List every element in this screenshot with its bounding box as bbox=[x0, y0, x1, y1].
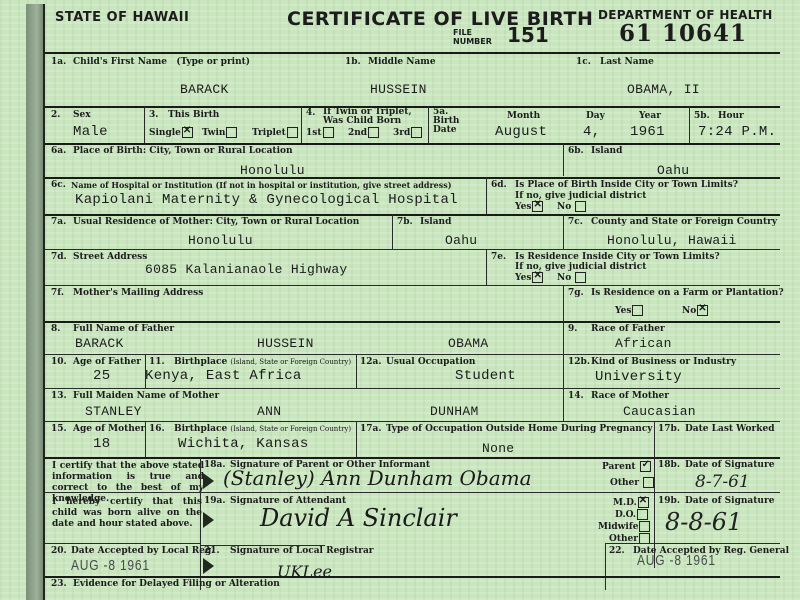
father-middle-name: HUSSEIN bbox=[257, 336, 314, 351]
field-number: 15. bbox=[51, 424, 67, 434]
divider bbox=[45, 457, 780, 459]
field-number: 7a. bbox=[51, 217, 66, 227]
local-reg-date-stamp: AUG -8 1961 bbox=[71, 557, 150, 574]
twin-order-label: If Twin or Triplet, Was Child Born bbox=[323, 108, 428, 126]
mother-race-label: Race of Mother bbox=[591, 391, 669, 401]
document-binding bbox=[26, 4, 44, 600]
divider bbox=[45, 492, 780, 493]
local-reg-date-label: Date Accepted by Local Reg. bbox=[71, 546, 214, 556]
attendant-md-checkbox[interactable]: M.D. bbox=[613, 497, 649, 508]
first-name-label: Child's First Name (Type or print) bbox=[73, 57, 250, 67]
divider bbox=[563, 354, 564, 388]
divider bbox=[654, 421, 655, 457]
father-age-label: Age of Father bbox=[73, 357, 141, 367]
mother-birthplace: Wichita, Kansas bbox=[178, 436, 309, 452]
attendant-certification: I hereby certify that this child was bor… bbox=[52, 497, 202, 530]
father-occupation: Student bbox=[455, 368, 516, 384]
field-number: 6d. bbox=[491, 180, 507, 190]
divider bbox=[563, 214, 564, 249]
divider bbox=[392, 214, 393, 249]
hospital-label: Name of Hospital or Institution (If not … bbox=[71, 180, 452, 190]
local-registrar-label: Signature of Local Registrar bbox=[230, 546, 374, 556]
month-label: Month bbox=[507, 111, 540, 121]
field-number: 7c. bbox=[568, 217, 583, 227]
mother-birthplace-label: Birthplace (Island, State or Foreign Cou… bbox=[174, 424, 351, 434]
field-number: 1b. bbox=[345, 57, 361, 67]
field-number: 7g. bbox=[568, 288, 584, 298]
father-first-name: BARACK bbox=[75, 336, 124, 351]
divider bbox=[356, 421, 357, 457]
divider bbox=[45, 321, 780, 323]
single-checkbox[interactable]: Single bbox=[149, 127, 193, 138]
residence-city-label: Usual Residence of Mother: City, Town or… bbox=[73, 217, 359, 227]
divider bbox=[301, 106, 302, 143]
field-number: 17b. bbox=[658, 424, 680, 434]
local-registrar-signature[interactable]: UKLee bbox=[277, 562, 332, 581]
farm-yes[interactable]: Yes bbox=[615, 305, 643, 316]
field-number: 12a. bbox=[360, 357, 382, 367]
field-number: 17a. bbox=[360, 424, 382, 434]
birth-certificate: STATE OF HAWAII CERTIFICATE OF LIVE BIRT… bbox=[45, 0, 780, 600]
field-number: 4. bbox=[306, 108, 315, 118]
mother-age-label: Age of Mother bbox=[73, 424, 145, 434]
sex-label: Sex bbox=[73, 110, 91, 120]
field-number: 19a. bbox=[204, 496, 226, 506]
street-label: Street Address bbox=[73, 252, 147, 262]
field-number: 22. bbox=[609, 546, 625, 556]
field-number: 14. bbox=[568, 391, 584, 401]
hour-label: Hour bbox=[718, 111, 744, 121]
divider bbox=[45, 421, 780, 422]
informant-parent-checkbox[interactable]: Parent bbox=[602, 461, 651, 472]
sign-here-arrow-icon bbox=[203, 512, 214, 528]
divider bbox=[45, 388, 780, 389]
sign-here-arrow-icon bbox=[203, 558, 214, 574]
field-number: 1a. bbox=[51, 57, 66, 67]
mailing-address-label: Mother's Mailing Address bbox=[73, 288, 203, 298]
residence-city: Honolulu bbox=[188, 233, 253, 248]
street-address: 6085 Kalanianaole Highway bbox=[145, 262, 348, 277]
field-number: 3. bbox=[149, 110, 158, 120]
informant-date-label: Date of Signature bbox=[685, 460, 774, 470]
certificate-number: 61 10641 bbox=[619, 20, 747, 47]
last-worked-label: Date Last Worked bbox=[685, 424, 775, 434]
residence-inside-city-yes[interactable]: Yes bbox=[515, 272, 543, 283]
attendant-signature[interactable]: David A Sinclair bbox=[260, 504, 457, 532]
birth-city: Honolulu bbox=[240, 163, 305, 178]
field-number: 11. bbox=[149, 357, 165, 367]
residence-inside-city-no[interactable]: No bbox=[557, 272, 586, 283]
divider bbox=[689, 106, 690, 143]
day-label: Day bbox=[586, 111, 605, 121]
divider bbox=[45, 543, 200, 544]
divider bbox=[563, 143, 564, 176]
third-born-checkbox[interactable]: 3rd bbox=[393, 127, 422, 138]
mother-last-name: DUNHAM bbox=[430, 404, 479, 419]
father-birthplace: Kenya, East Africa bbox=[145, 368, 302, 384]
father-occupation-label: Usual Occupation bbox=[386, 357, 475, 367]
attendant-date-label: Date of Signature bbox=[685, 496, 774, 506]
field-number: 7f. bbox=[51, 288, 64, 298]
field-number: 6b. bbox=[568, 146, 584, 156]
father-age: 25 bbox=[93, 368, 110, 384]
field-number: 2. bbox=[51, 110, 60, 120]
twin-checkbox[interactable]: Twin bbox=[202, 127, 237, 138]
divider bbox=[45, 576, 780, 578]
county-state: Honolulu, Hawaii bbox=[607, 233, 737, 248]
mother-first-name: STANLEY bbox=[85, 404, 142, 419]
field-number: 20. bbox=[51, 546, 67, 556]
birth-city-label: Place of Birth: City, Town or Rural Loca… bbox=[73, 146, 293, 156]
county-state-label: County and State or Foreign Country bbox=[591, 217, 777, 227]
informant-signature[interactable]: (Stanley) Ann Dunham Obama bbox=[223, 466, 532, 490]
child-middle-name: HUSSEIN bbox=[370, 82, 427, 97]
birth-hour: 7:24 P.M. bbox=[698, 124, 776, 140]
informant-date: 8-7-61 bbox=[695, 472, 750, 492]
state-heading: STATE OF HAWAII bbox=[55, 10, 189, 25]
field-number: 10. bbox=[51, 357, 67, 367]
father-industry-label: Kind of Business or Industry bbox=[591, 357, 736, 367]
father-name-label: Full Name of Father bbox=[73, 324, 174, 334]
father-race: African bbox=[615, 336, 672, 351]
field-number: 7e. bbox=[491, 252, 506, 262]
child-first-name: BARACK bbox=[180, 82, 229, 97]
divider bbox=[144, 106, 145, 143]
sign-here-arrow-icon bbox=[203, 473, 214, 489]
year-label: Year bbox=[639, 111, 661, 121]
attendant-date: 8-8-61 bbox=[665, 508, 742, 536]
mother-name-label: Full Maiden Name of Mother bbox=[73, 391, 219, 401]
field-number: 8. bbox=[51, 324, 60, 334]
birth-inside-city-no[interactable]: No bbox=[557, 201, 586, 212]
file-number-label: FILENUMBER bbox=[453, 28, 492, 46]
field-number: 16. bbox=[149, 424, 165, 434]
field-number: 23. bbox=[51, 579, 67, 589]
last-name-label: Last Name bbox=[600, 57, 654, 67]
birth-island-label: Island bbox=[591, 146, 622, 156]
field-number: 7b. bbox=[397, 217, 413, 227]
farm-label: Is Residence on a Farm or Plantation? bbox=[591, 288, 784, 298]
father-birthplace-label: Birthplace (Island, State or Foreign Cou… bbox=[174, 357, 351, 367]
field-number: 6a. bbox=[51, 146, 66, 156]
attendant-do-checkbox[interactable]: D.O. bbox=[615, 509, 648, 520]
middle-name-label: Middle Name bbox=[368, 57, 436, 67]
field-number: 6c. bbox=[51, 180, 66, 190]
field-number: 5b. bbox=[694, 111, 710, 121]
attendant-midwife-checkbox[interactable]: Midwife bbox=[598, 521, 650, 532]
divider bbox=[45, 285, 780, 286]
residence-island-label: Island bbox=[420, 217, 451, 227]
birth-month: August bbox=[495, 124, 547, 140]
divider bbox=[428, 106, 429, 143]
field-number: 19b. bbox=[658, 496, 680, 506]
residence-island: Oahu bbox=[445, 233, 477, 248]
divider bbox=[605, 543, 780, 544]
mother-race: Caucasian bbox=[623, 404, 696, 419]
informant-other-checkbox[interactable]: Other bbox=[610, 477, 654, 488]
birth-year: 1961 bbox=[630, 124, 665, 140]
divider bbox=[145, 421, 146, 457]
divider bbox=[563, 388, 564, 421]
sex-value: Male bbox=[73, 124, 108, 140]
hospital-name: Kapiolani Maternity & Gynecological Hosp… bbox=[75, 192, 458, 208]
divider bbox=[45, 214, 780, 216]
birth-day: 4, bbox=[583, 124, 600, 140]
divider bbox=[486, 249, 487, 285]
divider bbox=[356, 354, 357, 388]
farm-no[interactable]: No bbox=[682, 305, 708, 316]
mother-age: 18 bbox=[93, 436, 110, 452]
field-number: 1c. bbox=[576, 57, 591, 67]
birth-date-label: 5a.BirthDate bbox=[433, 108, 459, 135]
divider bbox=[45, 354, 780, 355]
field-number: 7d. bbox=[51, 252, 67, 262]
residence-inside-city-label: Is Residence Inside City or Town Limits? bbox=[515, 252, 720, 262]
second-born-checkbox[interactable]: 2nd bbox=[348, 127, 379, 138]
divider bbox=[45, 143, 780, 145]
field-number: 12b. bbox=[568, 357, 590, 367]
evidence-label: Evidence for Delayed Filing or Alteratio… bbox=[73, 579, 280, 589]
divider bbox=[45, 249, 780, 250]
father-last-name: OBAMA bbox=[448, 336, 489, 351]
file-number: 151 bbox=[507, 23, 549, 47]
divider bbox=[563, 285, 564, 321]
reg-general-date-stamp: AUG -8 1961 bbox=[637, 552, 716, 569]
divider bbox=[486, 177, 487, 214]
birth-inside-city-yes[interactable]: Yes bbox=[515, 201, 543, 212]
divider bbox=[563, 321, 564, 354]
mother-occupation-label: Type of Occupation Outside Home During P… bbox=[386, 424, 653, 434]
inside-city-label: Is Place of Birth Inside City or Town Li… bbox=[515, 180, 738, 190]
father-race-label: Race of Father bbox=[591, 324, 665, 334]
mother-occupation: None bbox=[482, 441, 514, 456]
this-birth-label: This Birth bbox=[168, 110, 219, 120]
first-born-checkbox[interactable]: 1st bbox=[306, 127, 334, 138]
triplet-checkbox[interactable]: Triplet bbox=[252, 127, 298, 138]
divider bbox=[45, 52, 780, 54]
birth-island: Oahu bbox=[657, 163, 689, 178]
father-industry: University bbox=[595, 369, 682, 385]
field-number: 18b. bbox=[658, 460, 680, 470]
field-number: 21. bbox=[204, 546, 220, 556]
field-number: 13. bbox=[51, 391, 67, 401]
field-number: 9. bbox=[568, 324, 577, 334]
divider bbox=[45, 177, 780, 179]
mother-middle-name: ANN bbox=[257, 404, 281, 419]
divider bbox=[605, 543, 606, 590]
child-last-name: OBAMA, II bbox=[627, 82, 700, 97]
